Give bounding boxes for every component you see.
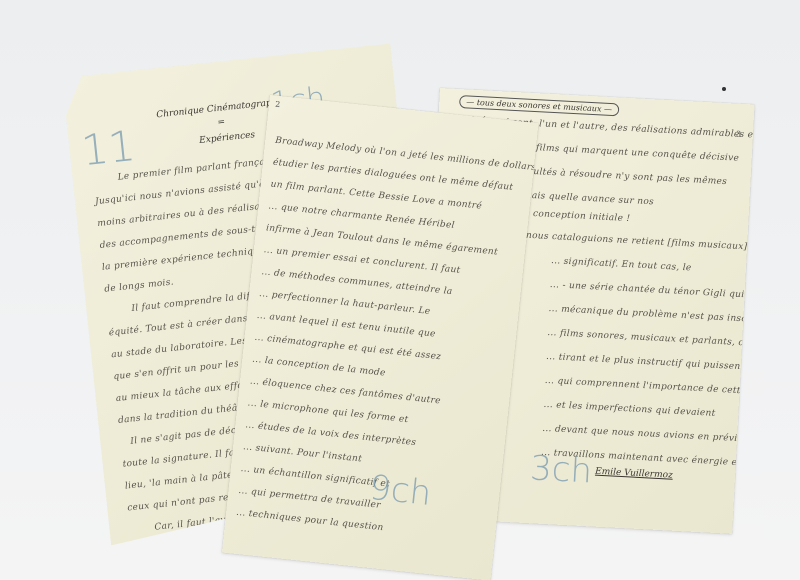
- text-line: ... qui permettra de travailler: [238, 486, 381, 511]
- text-line: ... le microphone qui les forme et: [247, 398, 409, 425]
- page-number: 2: [275, 100, 281, 109]
- text-line: ... qui comprennent l'importance de cett…: [545, 376, 747, 397]
- text-line: ... films sonores, musicaux et parlants,…: [547, 328, 755, 350]
- text-line: ... que nous cataloguions ne retient [fi…: [492, 229, 748, 252]
- sheet-left-subtitle: Expériences: [199, 130, 256, 146]
- text-line: ... suivant. Pour l'instant: [243, 442, 363, 464]
- speck: [722, 87, 726, 91]
- text-line: ... techniques pour la question: [236, 508, 384, 533]
- text-line: ... - une série chantée du ténor Gigli q…: [550, 280, 745, 300]
- text-line: ... tirant et le plus instructif qui pui…: [546, 352, 755, 374]
- text-line: ... significatif. En tout cas, le: [551, 256, 692, 273]
- pencil-mark-11: 11: [79, 121, 137, 175]
- text-line: de longs mois.: [104, 277, 174, 294]
- text-line: ... études de la voix des interprètes: [245, 420, 417, 448]
- text-line: ... un échantillon significatif et: [240, 464, 390, 490]
- insert-note: — tous deux sonores et musicaux —: [459, 95, 619, 116]
- signature: Emile Vuillermoz: [595, 467, 673, 481]
- text-line: ... mécanique du problème n'est pas inso…: [548, 304, 754, 326]
- manuscript-sheet-middle: 2 Broadway Melody où l'on a jeté les mil…: [222, 95, 539, 580]
- text-line: ... et les imperfections qui devaient: [543, 400, 715, 419]
- pencil-mark-9ch: 9ch: [367, 468, 433, 514]
- text-line: ... devant que nous nous avions en prévi…: [542, 424, 755, 447]
- text-line: ... la conception de la mode: [252, 355, 386, 379]
- pencil-mark-3ch: 3ch: [529, 448, 593, 491]
- sheet-left-title-separator: =: [217, 117, 226, 128]
